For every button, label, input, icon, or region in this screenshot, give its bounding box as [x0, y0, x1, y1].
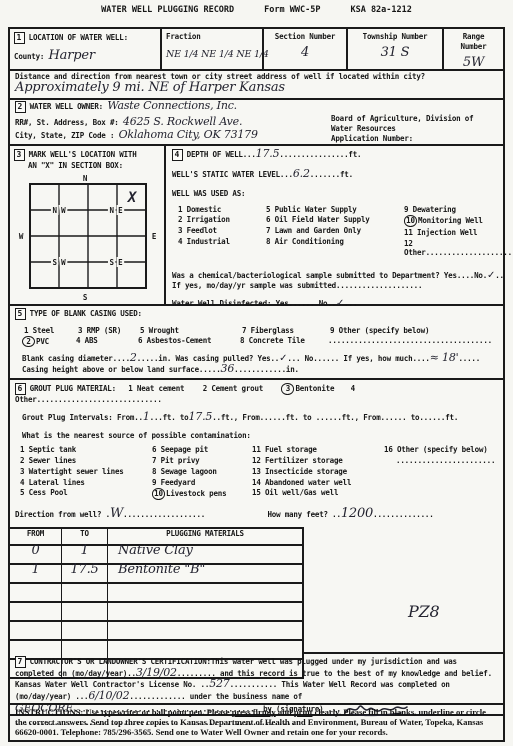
table-row [10, 603, 302, 622]
circled-2: 2 [22, 336, 35, 348]
fraction-label: Fraction [166, 32, 258, 42]
section-5-title: TYPE OF BLANK CASING USED: [30, 309, 142, 318]
contam-option: 3 Watertight sewer lines [20, 467, 152, 477]
casing-option: 3 RMP (SR) [78, 326, 140, 336]
compass-w: W [19, 232, 24, 241]
depth-value: 17.5 [256, 147, 280, 160]
section-3-title-1: MARK WELL'S LOCATION WITH [29, 150, 137, 159]
form-number: Form WWC-5P [264, 5, 320, 15]
diameter-value: 2 [130, 351, 137, 364]
compass-nw: N W [53, 206, 67, 215]
form-statute: KSA 82a-1212 [350, 5, 411, 15]
section-6-number: 6 [15, 383, 26, 395]
casing-option: 5 Wrought [140, 326, 242, 336]
section-6-grout: 6GROUT PLUG MATERIAL: 1 Neat cement 2 Ce… [10, 380, 503, 654]
circled-10-livestock: 10 [152, 488, 165, 500]
contam-option: 4 Lateral lines [20, 478, 152, 488]
casing-option: 4 ABS [76, 336, 138, 348]
direction-value: W [110, 506, 123, 521]
cert-text-4: ............. under the business name of [129, 692, 302, 701]
section-1-location: 1LOCATION OF WATER WELL: County: Harper … [10, 29, 503, 71]
contam-option: 2 Sewer lines [20, 456, 152, 466]
use-option: 11 Injection Well [404, 228, 512, 238]
well-use-options: 1 Domestic 2 Irrigation 3 Feedlot 4 Indu… [172, 205, 512, 261]
section-3-4-row: 3MARK WELL'S LOCATION WITH AN "X" IN SEC… [10, 146, 503, 306]
compass-se: S E [110, 258, 124, 267]
range-cell: Range Number 5W [444, 29, 503, 69]
section-6-title: GROUT PLUG MATERIAL: [30, 384, 116, 393]
use-option: 9 Dewatering [404, 205, 512, 215]
section-5-number: 5 [15, 308, 26, 320]
compass-sw: S W [53, 258, 67, 267]
use-option: 2 Irrigation [178, 215, 266, 225]
table-row [10, 584, 302, 603]
township-cell: Township Number 31 S [348, 29, 444, 69]
distance-value: Approximately 9 mi. NE of Harper Kansas [15, 80, 285, 95]
plug-date-value: 3/19/02 [136, 666, 177, 679]
form-header: WATER WELL PLUGGING RECORD Form WWC-5P K… [0, 5, 513, 15]
location-cell: 1LOCATION OF WATER WELL: County: Harper [10, 29, 162, 69]
owner-block: 2WATER WELL OWNER: Waste Connections, In… [10, 100, 331, 144]
pz8-annotation: PZ8 [408, 602, 439, 623]
chem-sample-question: Was a chemical/bacteriological sample su… [172, 271, 487, 280]
use-option: 8 Air Conditioning [266, 237, 404, 247]
scanned-form-page: WATER WELL PLUGGING RECORD Form WWC-5P K… [0, 0, 513, 746]
section-number-label: Section Number [268, 32, 342, 42]
contamination-label: What is the nearest source of possible c… [10, 431, 503, 441]
section-2-number: 2 [15, 101, 26, 113]
section-7-number: 7 [15, 656, 26, 668]
section-1-title: LOCATION OF WATER WELL: [29, 33, 128, 42]
owner-title: WATER WELL OWNER: [30, 102, 103, 111]
grout-option: 2 Cement grout [203, 384, 263, 393]
contam-col-3: 11 Fuel storage 12 Fertilizer storage 13… [252, 445, 384, 501]
county-label: County: [14, 52, 44, 61]
application-number-label: Application Number: [331, 134, 499, 144]
interval-to-value: 17.5 [189, 410, 213, 423]
grout-option: 1 Neat cement [128, 384, 184, 393]
township-label: Township Number [352, 32, 438, 42]
diameter-pre: Blank casing diameter.... [22, 354, 130, 363]
section-2-owner: 2WATER WELL OWNER: Waste Connections, In… [10, 100, 503, 146]
feet-pre: How many feet? .. [267, 510, 340, 519]
owner-value: Waste Connections, Inc. [107, 99, 237, 112]
col-header-from: FROM [10, 529, 62, 544]
contam-col-4: 16 Other (specify below) ...............… [384, 445, 498, 501]
instructions-box: INSTRUCTIONS: Use typewriter or ball poi… [8, 703, 505, 742]
county-value: Harper [49, 48, 95, 63]
direction-pre: Direction from well? . [15, 510, 110, 519]
contam-option: 5 Cess Pool [20, 488, 152, 498]
col-header-to: TO [62, 529, 108, 544]
casing-option: 1 Steel [24, 326, 78, 336]
use-col-1: 1 Domestic 2 Irrigation 3 Feedlot 4 Indu… [178, 205, 266, 260]
section-1-number: 1 [14, 32, 25, 44]
casing-option-pvc-circled: 2PVC [22, 336, 76, 348]
use-option: 3 Feedlot [178, 226, 266, 236]
static-pre: WELL'S STATIC WATER LEVEL... [172, 170, 293, 179]
casing-row-1: 1 Steel 3 RMP (SR) 5 Wrought 7 Fiberglas… [10, 326, 503, 336]
contam-option: 15 Oil well/Gas well [252, 488, 384, 498]
intervals-pre: Grout Plug Intervals: From.. [22, 413, 143, 422]
contam-option: 1 Septic tank [20, 445, 152, 455]
section-number-cell: Section Number 4 [264, 29, 348, 69]
height-pre: Casing height above or below land surfac… [22, 365, 221, 374]
use-option: 4 Industrial [178, 237, 266, 247]
fraction-value: NE 1/4 NE 1/4 NE 1/4 [166, 49, 269, 60]
range-value: 5W [463, 55, 484, 70]
city-label: City, State, ZIP Code : [15, 131, 114, 140]
contam-option: 12 Fertilizer storage [252, 456, 384, 466]
compass-n: N [83, 174, 88, 183]
section-4-number: 4 [172, 149, 183, 161]
grout-option-bentonite-circled: 3Bentonite [281, 384, 334, 393]
casing-option: 6 Asbestos-Cement [138, 336, 240, 348]
contam-option: 6 Seepage pit [152, 445, 252, 455]
range-label: Range Number [448, 32, 499, 52]
section-3-title-2: AN "X" IN SECTION BOX: [14, 161, 160, 171]
static-post: .......ft. [310, 170, 353, 179]
contam-option: 14 Abandoned water well [252, 478, 384, 488]
contam-option: 11 Fuel storage [252, 445, 384, 455]
table-row [10, 622, 302, 641]
use-option: 1 Domestic [178, 205, 266, 215]
depth-post: ................ft. [279, 150, 361, 159]
address-label: RR#, St. Address, Box #: [15, 118, 119, 127]
contam-option: 7 Pit privy [152, 456, 252, 466]
contamination-options: 1 Septic tank 2 Sewer lines 3 Watertight… [10, 445, 503, 502]
contam-option-other-blank: ....................... [384, 456, 498, 466]
contam-option: 9 Feedyard [152, 478, 252, 488]
use-col-3: 9 Dewatering 10Monitoring Well 11 Inject… [404, 205, 512, 260]
record-date-value: 6/10/02 [88, 689, 129, 702]
use-option-monitoring-well-circled: 10Monitoring Well [404, 215, 512, 227]
col-header-materials: PLUGGING MATERIALS [108, 529, 302, 544]
contam-col-2: 6 Seepage pit 7 Pit privy 8 Sewage lagoo… [152, 445, 252, 501]
interval-from-value: 1 [143, 410, 150, 423]
use-option: 6 Oil Field Water Supply [266, 215, 404, 225]
form-title: WATER WELL PLUGGING RECORD [101, 5, 234, 15]
instructions-underline-2: print [294, 707, 313, 717]
use-option: 7 Lawn and Garden Only [266, 226, 404, 236]
section-box-grid: N S W E N W N E S W S E X [14, 171, 160, 303]
compass-ne: N E [110, 206, 124, 215]
used-as-label: WELL WAS USED AS: [172, 189, 512, 199]
city-value: Oklahoma City, OK 73179 [119, 128, 258, 141]
casing-row-2: 2PVC 4 ABS 6 Asbestos-Cement 8 Concrete … [10, 336, 503, 348]
chem-sample-date-line: If yes, mo/day/yr sample was submitted..… [172, 281, 512, 291]
section-4-well-info: 4DEPTH OF WELL...17.5................ft.… [166, 146, 513, 304]
contam-option-livestock-circled: 10Livestock pens [152, 488, 252, 500]
static-value: 6.2 [293, 167, 310, 180]
distance-row: Distance and direction from nearest town… [10, 71, 503, 100]
fraction-cell: Fraction NE 1/4 NE 1/4 NE 1/4 [162, 29, 264, 69]
section-number-value: 4 [301, 45, 309, 60]
compass-s: S [83, 293, 88, 302]
height-value: 36 [221, 362, 235, 375]
address-value: 4625 S. Rockwell Ave. [123, 115, 242, 128]
contam-option: 16 Other (specify below) [384, 445, 498, 455]
chem-no-check: ✓ [487, 270, 495, 281]
casing-option: 8 Concrete Tile [240, 336, 328, 348]
compass-e: E [152, 232, 157, 241]
circled-10: 10 [404, 215, 417, 227]
casing-option: 7 Fiberglass [242, 326, 330, 336]
well-x-mark: X [127, 190, 138, 206]
section-3-location-grid: 3MARK WELL'S LOCATION WITH AN "X" IN SEC… [10, 146, 166, 304]
how-much-value: ≈ 18' [430, 351, 459, 364]
license-number-value: 527 [209, 677, 229, 690]
casing-option: ...................................... [328, 336, 498, 348]
instructions-underline-1: press firmly [232, 707, 276, 717]
section-3-number: 3 [14, 149, 25, 161]
feet-value: 1200 [341, 506, 373, 521]
form-body: 1LOCATION OF WATER WELL: County: Harper … [8, 27, 505, 716]
township-value: 31 S [381, 45, 410, 60]
contam-option: 8 Sewage lagoon [152, 467, 252, 477]
circled-3: 3 [281, 383, 294, 395]
depth-pre: DEPTH OF WELL... [187, 150, 256, 159]
use-option: 5 Public Water Supply [266, 205, 404, 215]
agency-block: Board of Agriculture, Division of Water … [331, 100, 503, 144]
table-row: 1 17.5 Bentonite "B" [10, 565, 302, 584]
contam-col-1: 1 Septic tank 2 Sewer lines 3 Watertight… [20, 445, 152, 501]
agency-name: Board of Agriculture, Division of Water … [331, 114, 499, 134]
casing-option: 9 Other (specify below) [330, 326, 498, 336]
section-5-casing: 5TYPE OF BLANK CASING USED: 1 Steel 3 RM… [10, 306, 503, 380]
use-col-2: 5 Public Water Supply 6 Oil Field Water … [266, 205, 404, 260]
contam-option: 13 Insecticide storage [252, 467, 384, 477]
use-option: 12 Other.................... [404, 239, 512, 259]
instructions-text: INSTRUCTIONS: Use typewriter or ball poi… [15, 707, 232, 717]
